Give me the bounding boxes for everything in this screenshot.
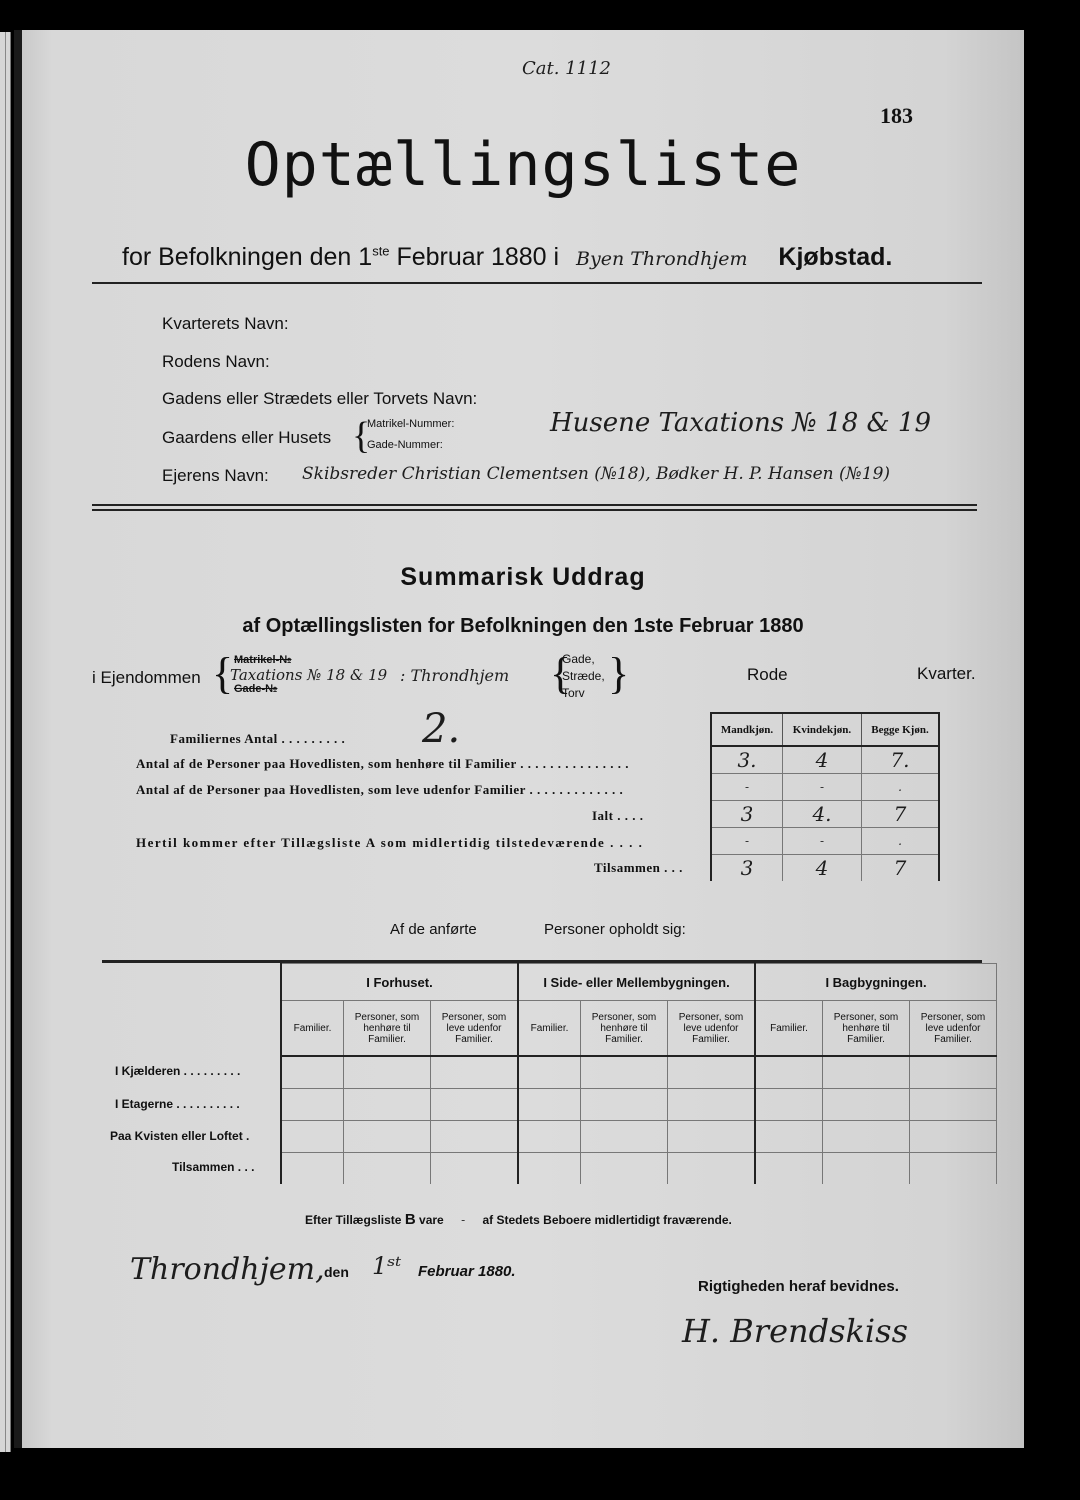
subcol-header: Personer, som henhøre til Familier. bbox=[823, 1001, 910, 1057]
summary-row-label: Tilsammen . . . bbox=[594, 860, 683, 876]
kvarter-label: Kvarterets Navn: bbox=[162, 314, 289, 334]
subtitle-suffix: Kjøbstad. bbox=[778, 243, 892, 271]
matrikel-struck: Matrikel-№ bbox=[234, 654, 292, 666]
page-title: Optællingsliste bbox=[22, 130, 1024, 200]
summary-row-label: Antal af de Personer paa Hovedlisten, so… bbox=[136, 782, 623, 798]
cell-begge: . bbox=[862, 828, 940, 855]
taxation-value: Taxations № 18 & 19 bbox=[230, 666, 387, 684]
double-divider-top bbox=[92, 504, 977, 506]
gade-struck: Gade-№ bbox=[234, 683, 277, 695]
residence-table: I Forhuset. I Side- eller Mellembygninge… bbox=[280, 963, 997, 1184]
ejendom-label: i Ejendommen bbox=[92, 668, 201, 688]
gade-value: Husene Taxations № 18 & 19 bbox=[550, 408, 931, 438]
cell-kvinde: - bbox=[783, 774, 862, 801]
tillaeg-vare: vare bbox=[419, 1213, 444, 1227]
cell-mand: 3 bbox=[711, 855, 783, 882]
familier-value: 2. bbox=[422, 706, 460, 752]
col-header: Kvindekjøn. bbox=[783, 713, 862, 746]
tillaeg-b-line: Efter Tillægsliste B vare - af Stedets B… bbox=[305, 1211, 732, 1228]
gaard-label: Gaardens eller Husets bbox=[162, 428, 331, 448]
cell-mand: - bbox=[711, 828, 783, 855]
street-type: Gade, bbox=[562, 651, 605, 668]
residence-row bbox=[281, 1153, 997, 1185]
subtitle: for Befolkningen den 1ste Februar 1880 i… bbox=[122, 243, 892, 272]
ejer-value: Skibsreder Christian Clementsen (№18), B… bbox=[302, 464, 890, 484]
rode-label: Rodens Navn: bbox=[162, 352, 270, 372]
city-value: : Throndhjem bbox=[400, 666, 509, 685]
brace: } bbox=[608, 651, 629, 697]
subcol-header: Familier. bbox=[755, 1001, 823, 1057]
cell-mand: - bbox=[711, 774, 783, 801]
census-form-page: Cat. 1112 183 Optællingsliste for Befolk… bbox=[14, 30, 1024, 1448]
gade-label: Gadens eller Strædets eller Torvets Navn… bbox=[162, 389, 477, 409]
tillaeg-value: - bbox=[461, 1213, 465, 1227]
subcol-header: Familier. bbox=[281, 1001, 344, 1057]
residence-row-label: I Kjælderen . . . . . . . . . bbox=[115, 1064, 240, 1078]
cell-begge: . bbox=[862, 774, 940, 801]
tillaeg-prefix: Efter Tillægsliste bbox=[305, 1213, 401, 1227]
residence-row bbox=[281, 1056, 997, 1089]
date-suffix: Februar 1880. bbox=[418, 1263, 516, 1280]
reference-note: Cat. 1112 bbox=[522, 58, 611, 79]
cell-mand: 3 bbox=[711, 801, 783, 828]
cell-kvinde: - bbox=[783, 828, 862, 855]
cell-kvinde: 4 bbox=[783, 746, 862, 774]
col-header: Begge Kjøn. bbox=[862, 713, 940, 746]
subtitle-mid: Februar 1880 i bbox=[390, 243, 560, 271]
cell-begge: 7 bbox=[862, 855, 940, 882]
kvarter-label: Kvarter. bbox=[917, 664, 976, 684]
subcol-header: Personer, som leve udenfor Familier. bbox=[910, 1001, 997, 1057]
summary-subtitle: af Optællingslisten for Befolkningen den… bbox=[22, 615, 1024, 638]
ejer-label: Ejerens Navn: bbox=[162, 466, 269, 486]
divider bbox=[92, 282, 982, 284]
sex-totals-table: Mandkjøn. Kvindekjøn. Begge Kjøn. 3. 4 7… bbox=[710, 712, 940, 881]
city-handwritten: Byen Throndhjem bbox=[576, 248, 747, 270]
tillaeg-suffix: af Stedets Beboere midlertidigt fraværen… bbox=[482, 1213, 731, 1227]
gadenr-label: Gade-Nummer: bbox=[367, 436, 443, 455]
subtitle-prefix: for Befolkningen den 1 bbox=[122, 243, 372, 271]
familier-label: Familiernes Antal . . . . . . . . . bbox=[170, 731, 345, 747]
street-types: Gade, Stræde, Torv bbox=[562, 651, 605, 702]
residence-row bbox=[281, 1121, 997, 1153]
summary-title: Summarisk Uddrag bbox=[22, 563, 1024, 592]
rode-label: Rode bbox=[747, 665, 788, 685]
summary-row-label: Antal af de Personer paa Hovedlisten, so… bbox=[136, 756, 629, 772]
subcol-header: Personer, som henhøre til Familier. bbox=[581, 1001, 668, 1057]
cell-begge: 7. bbox=[862, 746, 940, 774]
day-handwritten: 1ˢᵗ bbox=[372, 1252, 401, 1280]
cell-mand: 3. bbox=[711, 746, 783, 774]
signature: H. Brendskiss bbox=[682, 1312, 908, 1350]
page-number: 183 bbox=[880, 103, 913, 129]
double-divider-bottom bbox=[92, 509, 977, 511]
residence-row-label: I Etagerne . . . . . . . . . . bbox=[115, 1097, 240, 1111]
tillaeg-b: B bbox=[405, 1211, 416, 1228]
residence-row-label: Paa Kvisten eller Loftet . bbox=[110, 1129, 249, 1143]
group-header: I Bagbygningen. bbox=[755, 964, 997, 1001]
summary-row-label: Ialt . . . . bbox=[592, 808, 644, 824]
street-type: Torv bbox=[562, 685, 605, 702]
subcol-header: Personer, som leve udenfor Familier. bbox=[431, 1001, 519, 1057]
attest-label: Rigtigheden heraf bevidnes. bbox=[698, 1278, 899, 1295]
cell-kvinde: 4 bbox=[783, 855, 862, 882]
subcol-header: Personer, som henhøre til Familier. bbox=[344, 1001, 431, 1057]
group-header: I Forhuset. bbox=[281, 964, 518, 1001]
matrikel-label: Matrikel-Nummer: bbox=[367, 415, 454, 434]
street-type: Stræde, bbox=[562, 668, 605, 685]
subcol-header: Familier. bbox=[518, 1001, 581, 1057]
residence-heading-left: Af de anførte bbox=[390, 921, 477, 938]
residence-heading-right: Personer opholdt sig: bbox=[544, 921, 686, 938]
cell-begge: 7 bbox=[862, 801, 940, 828]
group-header: I Side- eller Mellembygningen. bbox=[518, 964, 755, 1001]
cell-kvinde: 4. bbox=[783, 801, 862, 828]
place-handwritten: Throndhjem, bbox=[130, 1252, 325, 1287]
col-header: Mandkjøn. bbox=[711, 713, 783, 746]
subtitle-sup: ste bbox=[372, 244, 389, 259]
summary-row-label: Hertil kommer efter Tillægsliste A som m… bbox=[136, 835, 643, 851]
subcol-header: Personer, som leve udenfor Familier. bbox=[668, 1001, 756, 1057]
den-label: den bbox=[324, 1264, 349, 1280]
residence-row-label: Tilsammen . . . bbox=[172, 1160, 254, 1174]
adjacent-page-edge bbox=[0, 32, 11, 1452]
residence-row bbox=[281, 1089, 997, 1121]
